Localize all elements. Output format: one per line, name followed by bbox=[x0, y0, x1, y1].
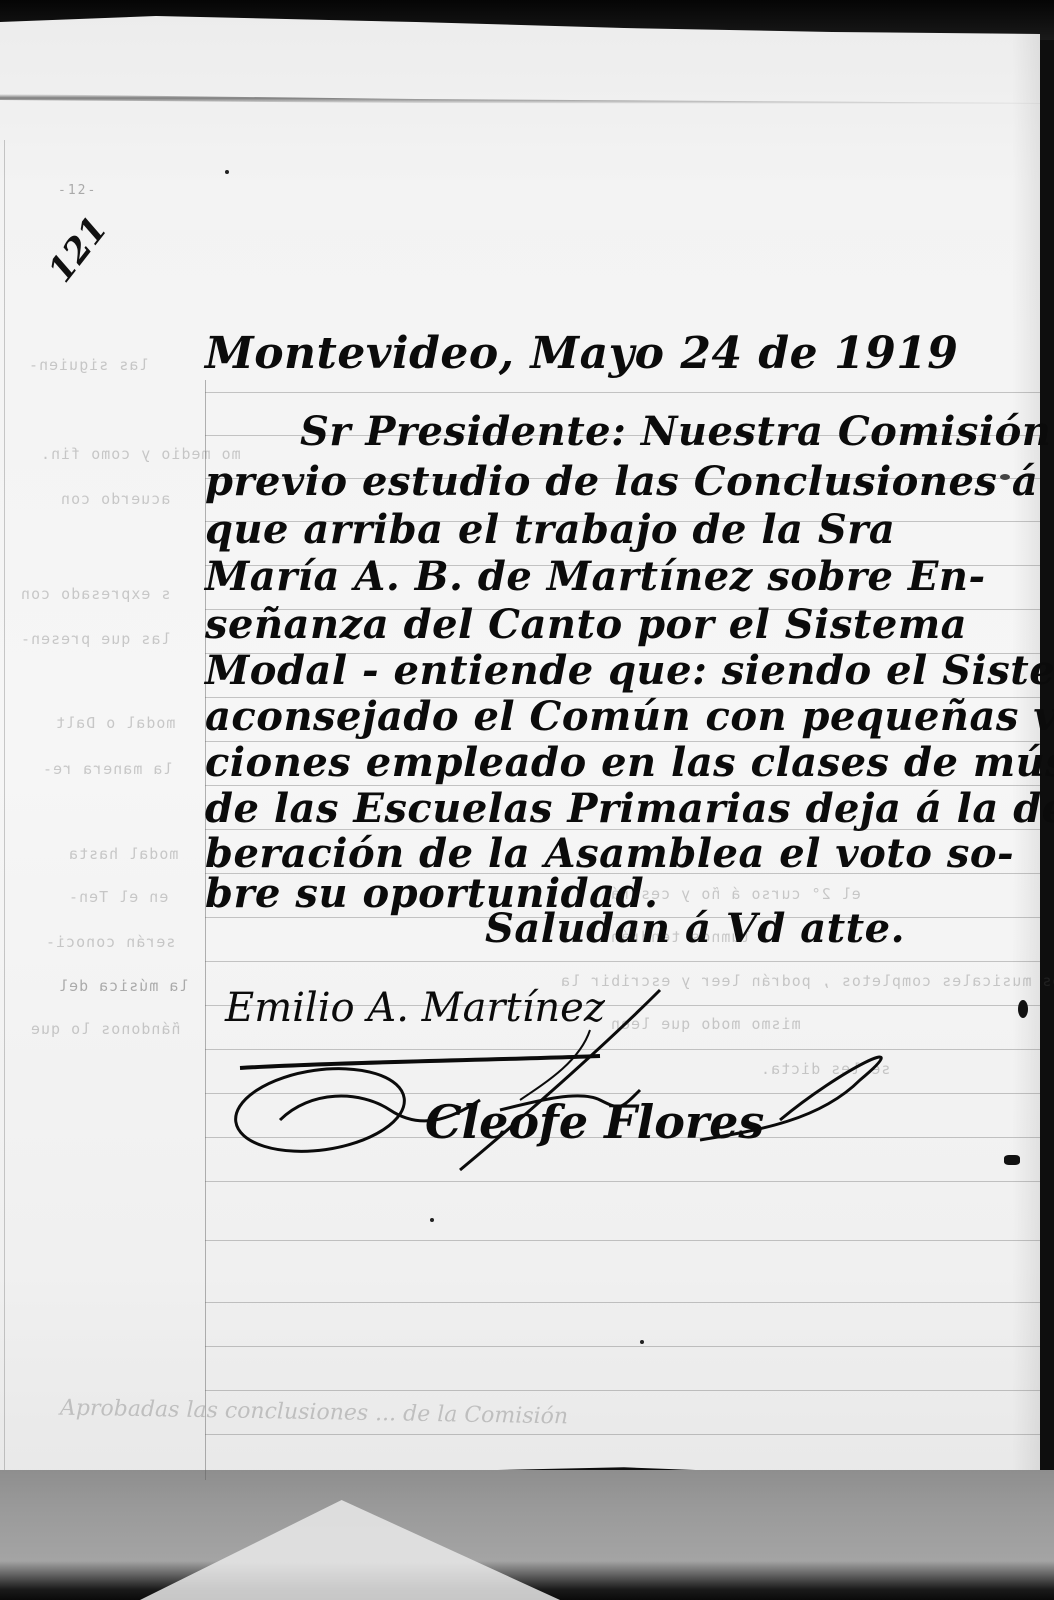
bleed-through-line: la música del bbox=[58, 977, 188, 995]
ink-blot bbox=[1004, 1155, 1020, 1165]
ink-dot bbox=[225, 170, 229, 174]
bleed-through-line: ñándonos lo que bbox=[30, 1020, 180, 1038]
ruled-line bbox=[205, 1240, 1040, 1241]
ruled-line bbox=[205, 1346, 1040, 1347]
body-line: aconsejado el Común con pequeñas varia- bbox=[205, 693, 1054, 740]
left-edge-line bbox=[4, 140, 5, 1470]
ruled-line bbox=[205, 1390, 1040, 1391]
body-line: previo estudio de las Conclusiones á bbox=[205, 458, 1038, 505]
signature-cleofe-flores: Cleofe Flores bbox=[425, 1095, 764, 1149]
ink-dot bbox=[430, 1218, 434, 1222]
ink-dot bbox=[640, 1340, 644, 1344]
page-reference: -12- bbox=[58, 183, 97, 198]
closing-line: Saludan á Vd atte. bbox=[485, 905, 905, 952]
body-line: de las Escuelas Primarias deja á la deli… bbox=[205, 785, 1054, 832]
bleed-through-line: modal hasta bbox=[68, 845, 178, 863]
bleed-through-line: serán conoci- bbox=[45, 933, 175, 951]
bleed-through-line: las que presen- bbox=[20, 630, 170, 648]
bleed-through-line: modal o Dalt bbox=[55, 714, 175, 732]
body-line: Modal - entiende que: siendo el Sistema bbox=[205, 647, 1054, 694]
bleed-through-line: la manera re- bbox=[42, 760, 172, 778]
place-date-line: Montevideo, Mayo 24 de 1919 bbox=[205, 328, 958, 379]
ruled-line bbox=[205, 1434, 1040, 1435]
bleed-through-line: mismo modo que leen bbox=[610, 1015, 801, 1033]
bleed-through-line: las siguien- bbox=[28, 356, 148, 374]
bleed-through-line: s expresado con bbox=[20, 585, 170, 603]
body-line: que arriba el trabajo de la Sra bbox=[205, 506, 895, 553]
scan-bottom-surface bbox=[0, 1470, 1054, 1600]
ruled-line bbox=[205, 392, 1040, 393]
body-line: ciones empleado en las clases de música bbox=[205, 739, 1054, 786]
ruled-line bbox=[205, 961, 1040, 962]
bleed-through-line: se les dicta. bbox=[760, 1060, 890, 1078]
bleed-through-line: acuerdo con bbox=[60, 490, 170, 508]
ruled-line bbox=[205, 1049, 1040, 1050]
ruled-line bbox=[205, 1093, 1040, 1094]
ink-blot bbox=[1000, 474, 1010, 480]
ink-blot bbox=[1018, 1000, 1028, 1018]
salutation-line: Sr Presidente: Nuestra Comisión bbox=[300, 408, 1051, 455]
ruled-line bbox=[205, 1302, 1040, 1303]
bleed-through-line: mientos musicales completos , podrán lee… bbox=[560, 972, 1054, 990]
light-reflection bbox=[140, 1500, 560, 1600]
signature-emilio-martinez: Emilio A. Martínez bbox=[225, 985, 605, 1031]
body-line: María A. B. de Martínez sobre En- bbox=[205, 553, 986, 600]
ruled-line bbox=[205, 1181, 1040, 1182]
body-line: señanza del Canto por el Sistema bbox=[205, 601, 967, 648]
bleed-through-line: en el Ten- bbox=[68, 888, 168, 906]
